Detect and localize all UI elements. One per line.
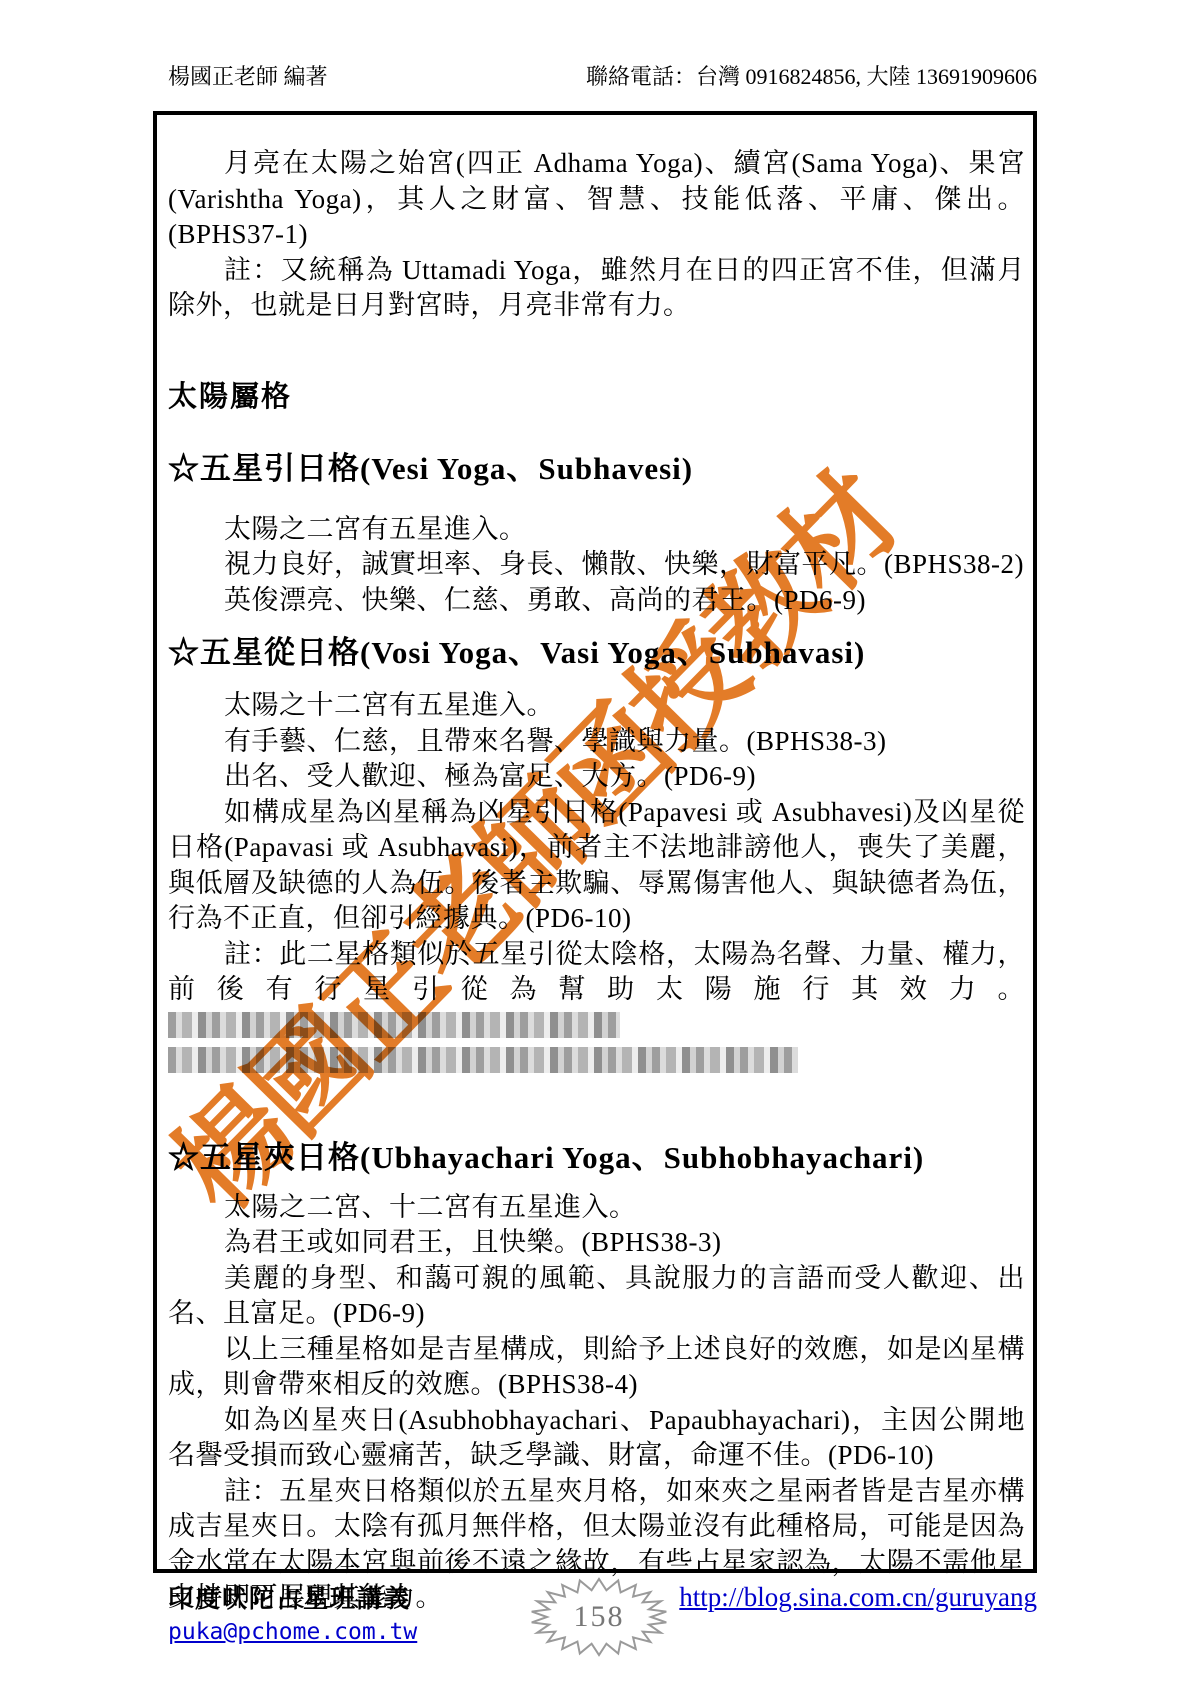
censored-text-2 (168, 1047, 798, 1073)
yoga2-malefic-paragraph: 如構成星為凶星稱為凶星引日格(Papavesi 或 Asubhavesi)及凶星… (168, 795, 1025, 937)
footer-course-title: 印度吠陀占星班講義 (168, 1584, 417, 1616)
yoga2-line-2: 有手藝、仁慈，且帶來名譽、學識與力量。(BPHS38-3) (168, 724, 1025, 760)
yoga2-heading-vosi: ☆五星從日格(Vosi Yoga、Vasi Yoga、Subhavasi) (168, 630, 1025, 676)
footer-left-block: 印度吠陀占星班講義 puka@pchome.com.tw (168, 1584, 417, 1645)
header-contact: 聯絡電話：台灣 0916824856, 大陸 13691909606 (586, 60, 1037, 91)
yoga1-line-1: 太陽之二宮有五星進入。 (168, 512, 1025, 548)
document-page: 楊國正老師 編著 聯絡電話：台灣 0916824856, 大陸 13691909… (0, 0, 1190, 1683)
intro-paragraph-1: 月亮在太陽之始宮(四正 Adhama Yoga)、續宮(Sama Yoga)、果… (168, 146, 1025, 253)
section-heading-sun-yogas: 太陽屬格 (168, 376, 1025, 418)
yoga3-line-2: 為君王或如同君王，且快樂。(BPHS38-3) (168, 1225, 1025, 1261)
footer-email-link[interactable]: puka@pchome.com.tw (168, 1619, 417, 1645)
yoga2-note-paragraph: 註：此二星格類似於五星引從太陰格，太陽為名聲、力量、權力，前後有行星引從為幫助太… (168, 937, 1025, 1079)
yoga1-line-3: 英俊漂亮、快樂、仁慈、勇敢、高尚的君王。(PD6-9) (168, 583, 1025, 619)
yoga2-line-1: 太陽之十二宮有五星進入。 (168, 688, 1025, 724)
yoga3-line-1: 太陽之二宮、十二宮有五星進入。 (168, 1190, 1025, 1226)
yoga3-heading-ubhayachari: ☆五星夾日格(Ubhayachari Yoga、Subhobhayachari) (168, 1135, 1025, 1181)
intro-paragraph-2: 註：又統稱為 Uttamadi Yoga，雖然月在日的四正宮不佳，但滿月除外，也… (168, 253, 1025, 324)
yoga1-line-2: 視力良好，誠實坦率、身長、懶散、快樂，財富平凡。(BPHS38-2) (168, 547, 1025, 583)
footer-blog-link[interactable]: http://blog.sina.com.cn/guruyang (679, 1582, 1037, 1613)
content-border-box: 月亮在太陽之始宮(四正 Adhama Yoga)、續宮(Sama Yoga)、果… (153, 111, 1037, 1573)
header-author: 楊國正老師 編著 (168, 60, 328, 91)
page-seal: 158 (526, 1576, 672, 1658)
yoga2-line-3: 出名、受人歡迎、極為富足、大方。(PD6-9) (168, 759, 1025, 795)
yoga3-paragraph-3: 如為凶星夾日(Asubhobhayachari、Papaubhayachari)… (168, 1403, 1025, 1474)
yoga1-heading-vesi: ☆五星引日格(Vesi Yoga、Subhavesi) (168, 446, 1025, 492)
page-header: 楊國正老師 編著 聯絡電話：台灣 0916824856, 大陸 13691909… (168, 60, 1037, 91)
page-number: 158 (526, 1600, 672, 1634)
yoga3-paragraph-1: 美麗的身型、和藹可親的風範、具說服力的言語而受人歡迎、出名、且富足。(PD6-9… (168, 1261, 1025, 1332)
censored-text-1 (168, 1012, 620, 1038)
yoga3-paragraph-2: 以上三種星格如是吉星構成，則給予上述良好的效應，如是凶星構成，則會帶來相反的效應… (168, 1332, 1025, 1403)
yoga2-note-text: 註：此二星格類似於五星引從太陰格，太陽為名聲、力量、權力，前後有行星引從為幫助太… (168, 939, 1025, 1005)
